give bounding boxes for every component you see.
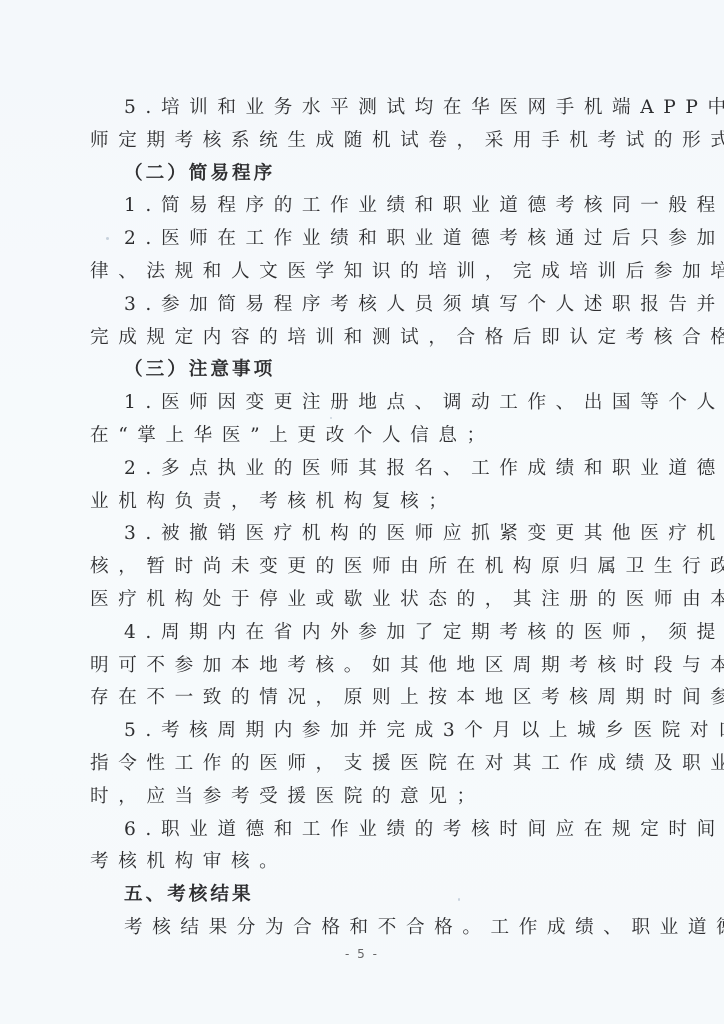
- document-page: 5.培训和业务水平测试均在华医网手机端APP中操作，通过医 师定期考核系统生成随…: [0, 0, 724, 1024]
- paragraph-line: 1.医师因变更注册地点、调动工作、出国等个人特殊情况需要: [90, 387, 606, 420]
- paragraph-line: 明可不参加本地考核。如其他地区周期考核时段与本地区考核周期: [90, 650, 606, 683]
- scan-speck: [458, 898, 460, 901]
- section-heading: 五、考核结果: [90, 879, 606, 912]
- paragraph-line: 2.多点执业的医师其报名、工作成绩和职业道德评定由主要执: [90, 453, 606, 486]
- paragraph-line: 考核机构审核。: [90, 846, 606, 879]
- paragraph-line: 5.培训和业务水平测试均在华医网手机端APP中操作，通过医: [90, 92, 606, 125]
- paragraph-line: 3.参加简易程序考核人员须填写个人述职报告并加盖单位公章，: [90, 289, 606, 322]
- paragraph-line: 指令性工作的医师，支援医院在对其工作成绩及职业道德进行评定: [90, 748, 606, 781]
- document-body: 5.培训和业务水平测试均在华医网手机端APP中操作，通过医 师定期考核系统生成随…: [90, 92, 606, 945]
- page-number: - 5 -: [0, 947, 724, 961]
- section-subheading: （二）简易程序: [90, 158, 606, 191]
- paragraph-line: 考核结果分为合格和不合格。工作成绩、职业道德和业务水平: [90, 912, 606, 945]
- paragraph-line: 师定期考核系统生成随机试卷，采用手机考试的形式进行测评。: [90, 125, 606, 158]
- section-subheading: （三）注意事项: [90, 354, 606, 387]
- paragraph-line: 6.职业道德和工作业绩的考核时间应在规定时间内完成并上报: [90, 814, 606, 847]
- paragraph-line: 时，应当参考受援医院的意见；: [90, 781, 606, 814]
- paragraph-line: 1.简易程序的工作业绩和职业道德考核同一般程序；: [90, 190, 606, 223]
- paragraph-line: 5.考核周期内参加并完成3个月以上城乡医院对口支援等政府: [90, 715, 606, 748]
- paragraph-line: 在“掌上华医”上更改个人信息；: [90, 420, 606, 453]
- paragraph-line: 核，暂时尚未变更的医师由所在机构原归属卫生行政部门负责组织。: [90, 551, 606, 584]
- paragraph-line: 3.被撤销医疗机构的医师应抓紧变更其他医疗机构参加定期考: [90, 518, 606, 551]
- scan-speck: [330, 417, 332, 419]
- paragraph-line: 2.医师在工作业绩和职业道德考核通过后只参加内容为卫生法: [90, 223, 606, 256]
- paragraph-line: 医疗机构处于停业或歇业状态的，其注册的医师由本机构负责组织；: [90, 584, 606, 617]
- scan-speck: [106, 237, 109, 240]
- paragraph-line: 4.周期内在省内外参加了定期考核的医师，须提供考核合格证: [90, 617, 606, 650]
- paragraph-line: 律、法规和人文医学知识的培训，完成培训后参加培训内容测试；: [90, 256, 606, 289]
- paragraph-line: 业机构负责，考核机构复核；: [90, 486, 606, 519]
- paragraph-line: 存在不一致的情况，原则上按本地区考核周期时间参加考核；: [90, 682, 606, 715]
- paragraph-line: 完成规定内容的培训和测试，合格后即认定考核合格。: [90, 322, 606, 355]
